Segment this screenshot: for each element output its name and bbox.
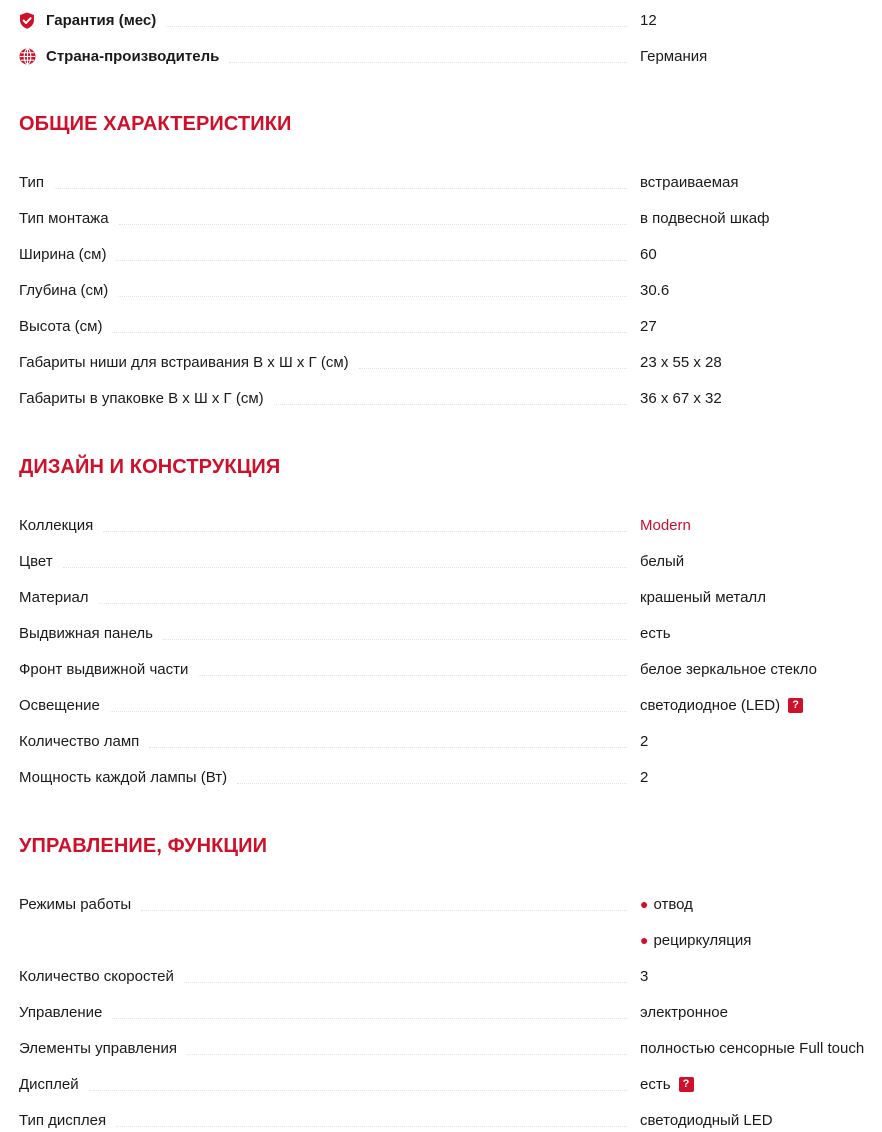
spec-row: Освещениесветодиодное (LED)?: [19, 685, 882, 721]
dotted-leader: [118, 282, 627, 297]
spec-value: полностью сенсорные Full touch: [627, 1028, 864, 1057]
spec-value-cell: ●отвод: [627, 884, 693, 913]
label-cell: Цвет: [19, 541, 627, 577]
label-cell: Количество скоростей: [19, 956, 627, 992]
label-cell: Количество ламп: [19, 721, 627, 757]
spec-label: Цвет: [19, 553, 53, 570]
label-cell: Элементы управления: [19, 1028, 627, 1064]
dotted-leader: [63, 553, 627, 568]
spec-value: есть: [627, 613, 671, 642]
spec-label: Страна-производитель: [46, 48, 219, 65]
spec-label: Глубина (см): [19, 282, 108, 299]
dotted-leader: [184, 968, 627, 983]
spec-value-cell: Modern: [627, 505, 691, 534]
dotted-leader: [163, 625, 627, 640]
spec-label: Высота (см): [19, 318, 102, 335]
spec-value: светодиодный LED: [627, 1100, 773, 1129]
shield-check-icon: [19, 12, 38, 29]
dotted-leader: [198, 661, 627, 676]
spec-label: Тип монтажа: [19, 210, 109, 227]
dotted-leader: [116, 1112, 627, 1127]
spec-value: 23 x 55 x 28: [627, 342, 722, 371]
spec-row: Габариты в упаковке В x Ш x Г (см)36 x 6…: [19, 378, 882, 414]
dotted-leader: [119, 210, 627, 225]
spec-label: Коллекция: [19, 517, 93, 534]
spec-value: 60: [627, 234, 657, 263]
collection-link[interactable]: Modern: [640, 517, 691, 534]
spec-value: встраиваемая: [627, 162, 739, 191]
spec-value: 3: [627, 956, 648, 985]
spec-value: отвод: [653, 896, 692, 913]
spec-value: 36 x 67 x 32: [627, 378, 722, 407]
spec-label: Количество ламп: [19, 733, 139, 750]
dotted-leader: [229, 48, 627, 63]
section-title-control: УПРАВЛЕНИЕ, ФУНКЦИИ: [19, 834, 882, 858]
label-cell: Тип монтажа: [19, 198, 627, 234]
spec-row: ●рециркуляция: [19, 920, 882, 956]
dotted-leader: [110, 697, 627, 712]
spec-value: Германия: [627, 36, 707, 65]
spec-value: 2: [627, 757, 648, 786]
label-cell: Освещение: [19, 685, 627, 721]
dotted-leader: [89, 1076, 627, 1091]
spec-row: Материалкрашеный металл: [19, 577, 882, 613]
spec-value: крашеный металл: [627, 577, 766, 606]
spec-value: 30.6: [627, 270, 669, 299]
spec-row: Выдвижная панельесть: [19, 613, 882, 649]
spec-row: КоллекцияModern: [19, 505, 882, 541]
spec-row: Управлениеэлектронное: [19, 992, 882, 1028]
spec-row: Фронт выдвижной частибелое зеркальное ст…: [19, 649, 882, 685]
spec-row: Элементы управленияполностью сенсорные F…: [19, 1028, 882, 1064]
spec-value: белое зеркальное стекло: [627, 649, 817, 678]
spec-label: Гарантия (мес): [46, 12, 156, 29]
spec-label: Габариты в упаковке В x Ш x Г (см): [19, 390, 264, 407]
help-question-icon[interactable]: ?: [679, 1077, 694, 1092]
label-cell: Управление: [19, 992, 627, 1028]
spec-row: Дисплейесть?: [19, 1064, 882, 1100]
help-question-icon[interactable]: ?: [788, 698, 803, 713]
spec-value: белый: [627, 541, 684, 570]
dotted-leader: [141, 896, 627, 911]
label-cell: Высота (см): [19, 306, 627, 342]
bullet-icon: ●: [640, 896, 648, 913]
label-cell: Дисплей: [19, 1064, 627, 1100]
section-title-design: ДИЗАЙН И КОНСТРУКЦИЯ: [19, 455, 882, 479]
label-cell: Коллекция: [19, 505, 627, 541]
dotted-leader: [274, 390, 627, 405]
spec-row: Количество ламп2: [19, 721, 882, 757]
spec-row-country: Страна-производитель Германия: [19, 36, 882, 72]
spec-label: Дисплей: [19, 1076, 79, 1093]
dotted-leader: [112, 1004, 627, 1019]
spec-value-cell: есть?: [627, 1064, 694, 1093]
dotted-leader: [116, 246, 627, 261]
specs-page: Гарантия (мес) 12 Страна-производитель Г…: [0, 0, 882, 1132]
spec-row: Тип монтажав подвесной шкаф: [19, 198, 882, 234]
spec-row: Глубина (см)30.6: [19, 270, 882, 306]
spec-row: Режимы работы●отвод: [19, 884, 882, 920]
spec-value: 12: [627, 0, 657, 29]
spec-label: Тип дисплея: [19, 1112, 106, 1129]
spec-value-cell: светодиодное (LED)?: [627, 685, 803, 714]
spec-row: Количество скоростей3: [19, 956, 882, 992]
spec-label: Фронт выдвижной части: [19, 661, 188, 678]
spec-label: Элементы управления: [19, 1040, 177, 1057]
bullet-icon: ●: [640, 932, 648, 949]
label-cell: [19, 920, 627, 956]
dotted-leader: [54, 174, 627, 189]
dotted-leader: [187, 1040, 627, 1055]
spec-value: рециркуляция: [653, 932, 751, 949]
spec-label: Тип: [19, 174, 44, 191]
label-cell: Выдвижная панель: [19, 613, 627, 649]
spec-value-cell: ●рециркуляция: [627, 920, 751, 949]
spec-label: Количество скоростей: [19, 968, 174, 985]
label-cell: Мощность каждой лампы (Вт): [19, 757, 627, 793]
spec-value: электронное: [627, 992, 728, 1021]
dotted-leader: [103, 517, 627, 532]
spec-row: Высота (см)27: [19, 306, 882, 342]
spec-row: Типвстраиваемая: [19, 162, 882, 198]
label-cell: Материал: [19, 577, 627, 613]
dotted-leader: [99, 589, 627, 604]
label-cell: Габариты в упаковке В x Ш x Г (см): [19, 378, 627, 414]
globe-icon: [19, 48, 38, 65]
spec-row: Мощность каждой лампы (Вт)2: [19, 757, 882, 793]
spec-row: Тип дисплеясветодиодный LED: [19, 1100, 882, 1132]
dotted-leader: [166, 12, 627, 27]
label-cell: Глубина (см): [19, 270, 627, 306]
spec-value: в подвесной шкаф: [627, 198, 769, 227]
spec-row: Габариты ниши для встраивания В x Ш x Г …: [19, 342, 882, 378]
label-cell: Габариты ниши для встраивания В x Ш x Г …: [19, 342, 627, 378]
spec-value: 27: [627, 306, 657, 335]
spec-label: Выдвижная панель: [19, 625, 153, 642]
section-title-general: ОБЩИЕ ХАРАКТЕРИСТИКИ: [19, 112, 882, 136]
label-cell: Тип: [19, 162, 627, 198]
label-cell: Ширина (см): [19, 234, 627, 270]
spec-label: Режимы работы: [19, 896, 131, 913]
spec-row-warranty: Гарантия (мес) 12: [19, 0, 882, 36]
spec-label: Ширина (см): [19, 246, 106, 263]
spec-label: Освещение: [19, 697, 100, 714]
label-cell: Фронт выдвижной части: [19, 649, 627, 685]
dotted-leader: [149, 733, 627, 748]
label-cell: Тип дисплея: [19, 1100, 627, 1132]
spec-label: Управление: [19, 1004, 102, 1021]
spec-row: Цветбелый: [19, 541, 882, 577]
dotted-leader: [237, 769, 627, 784]
spec-value: есть: [640, 1076, 671, 1093]
label-cell: Режимы работы: [19, 884, 627, 920]
spec-value: светодиодное (LED): [640, 697, 780, 714]
dotted-leader: [112, 318, 627, 333]
spec-row: Ширина (см)60: [19, 234, 882, 270]
spec-label: Материал: [19, 589, 89, 606]
label-cell: Гарантия (мес): [19, 0, 627, 36]
spec-label: Мощность каждой лампы (Вт): [19, 769, 227, 786]
spec-label: Габариты ниши для встраивания В x Ш x Г …: [19, 354, 349, 371]
dotted-leader: [359, 354, 627, 369]
label-cell: Страна-производитель: [19, 36, 627, 72]
spec-value: 2: [627, 721, 648, 750]
